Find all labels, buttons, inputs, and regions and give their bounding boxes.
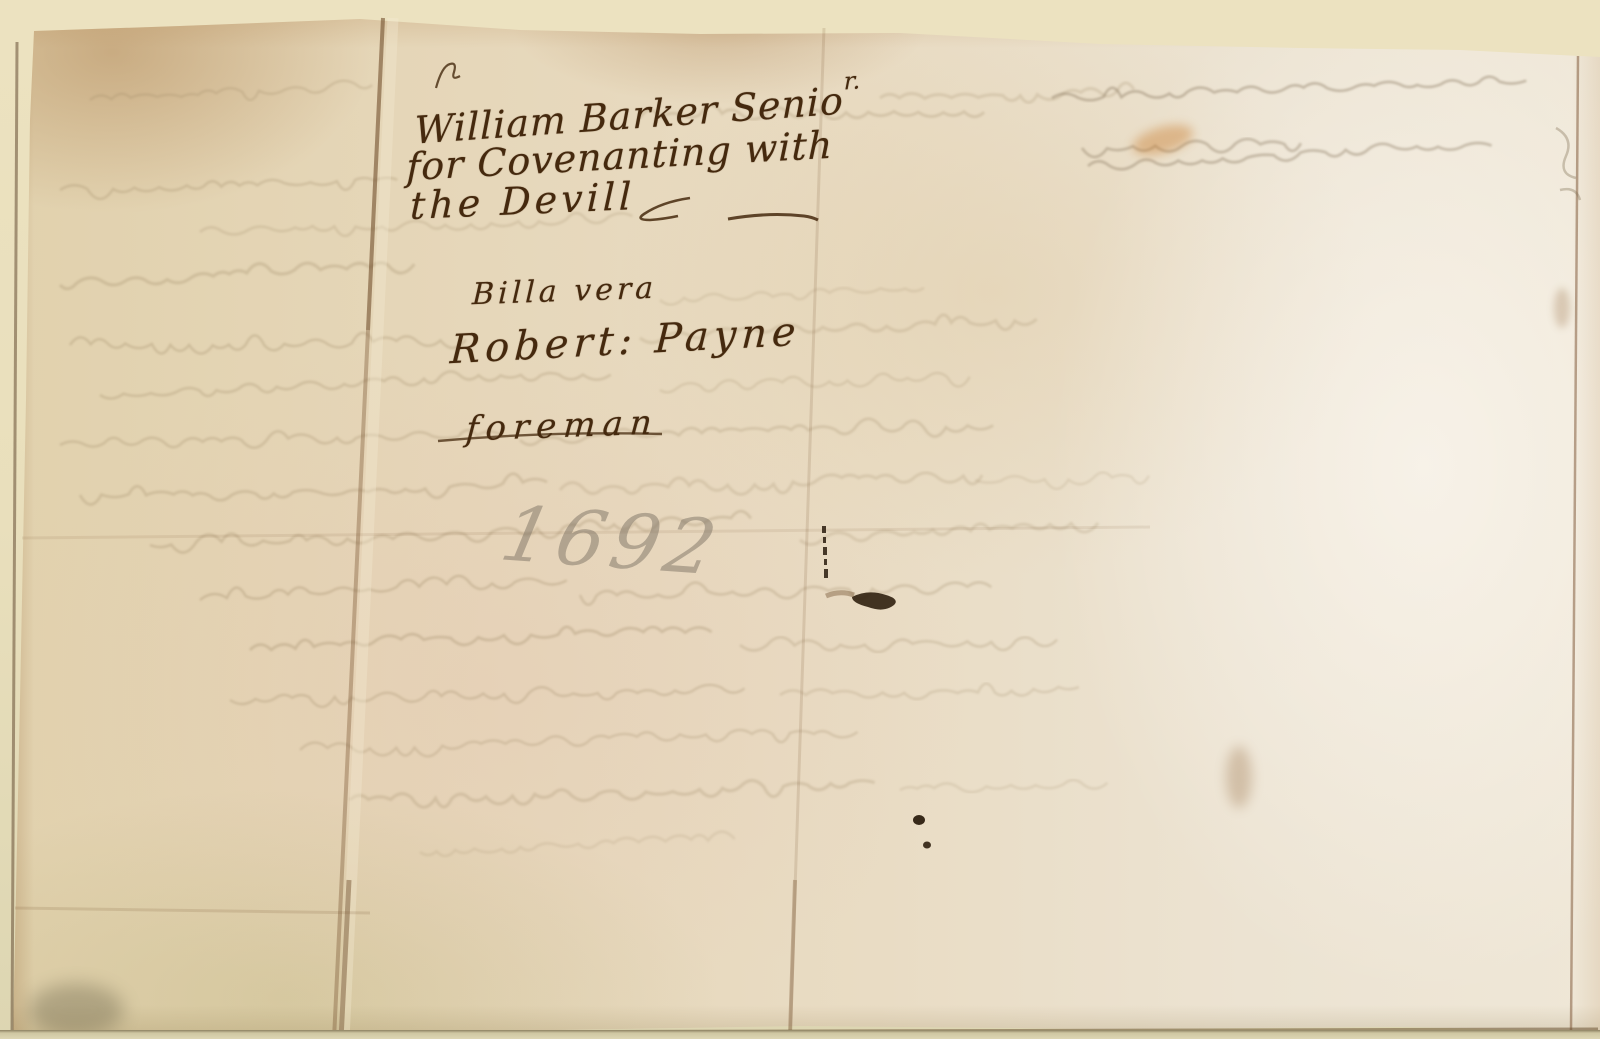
heading-superscript: r. [844, 66, 860, 95]
stain-edge [1554, 288, 1570, 328]
manuscript-photo: William Barker Senior. for Covenanting w… [0, 0, 1600, 1039]
pencil-year-note: 1692 [494, 489, 730, 592]
mat-bottom-strip [0, 1030, 1600, 1039]
verdict-billa-vera: Billa vera [471, 271, 657, 313]
stain-brown [1226, 746, 1252, 808]
corner-shadow [28, 984, 124, 1036]
signature-role-foreman: foreman [465, 403, 661, 450]
